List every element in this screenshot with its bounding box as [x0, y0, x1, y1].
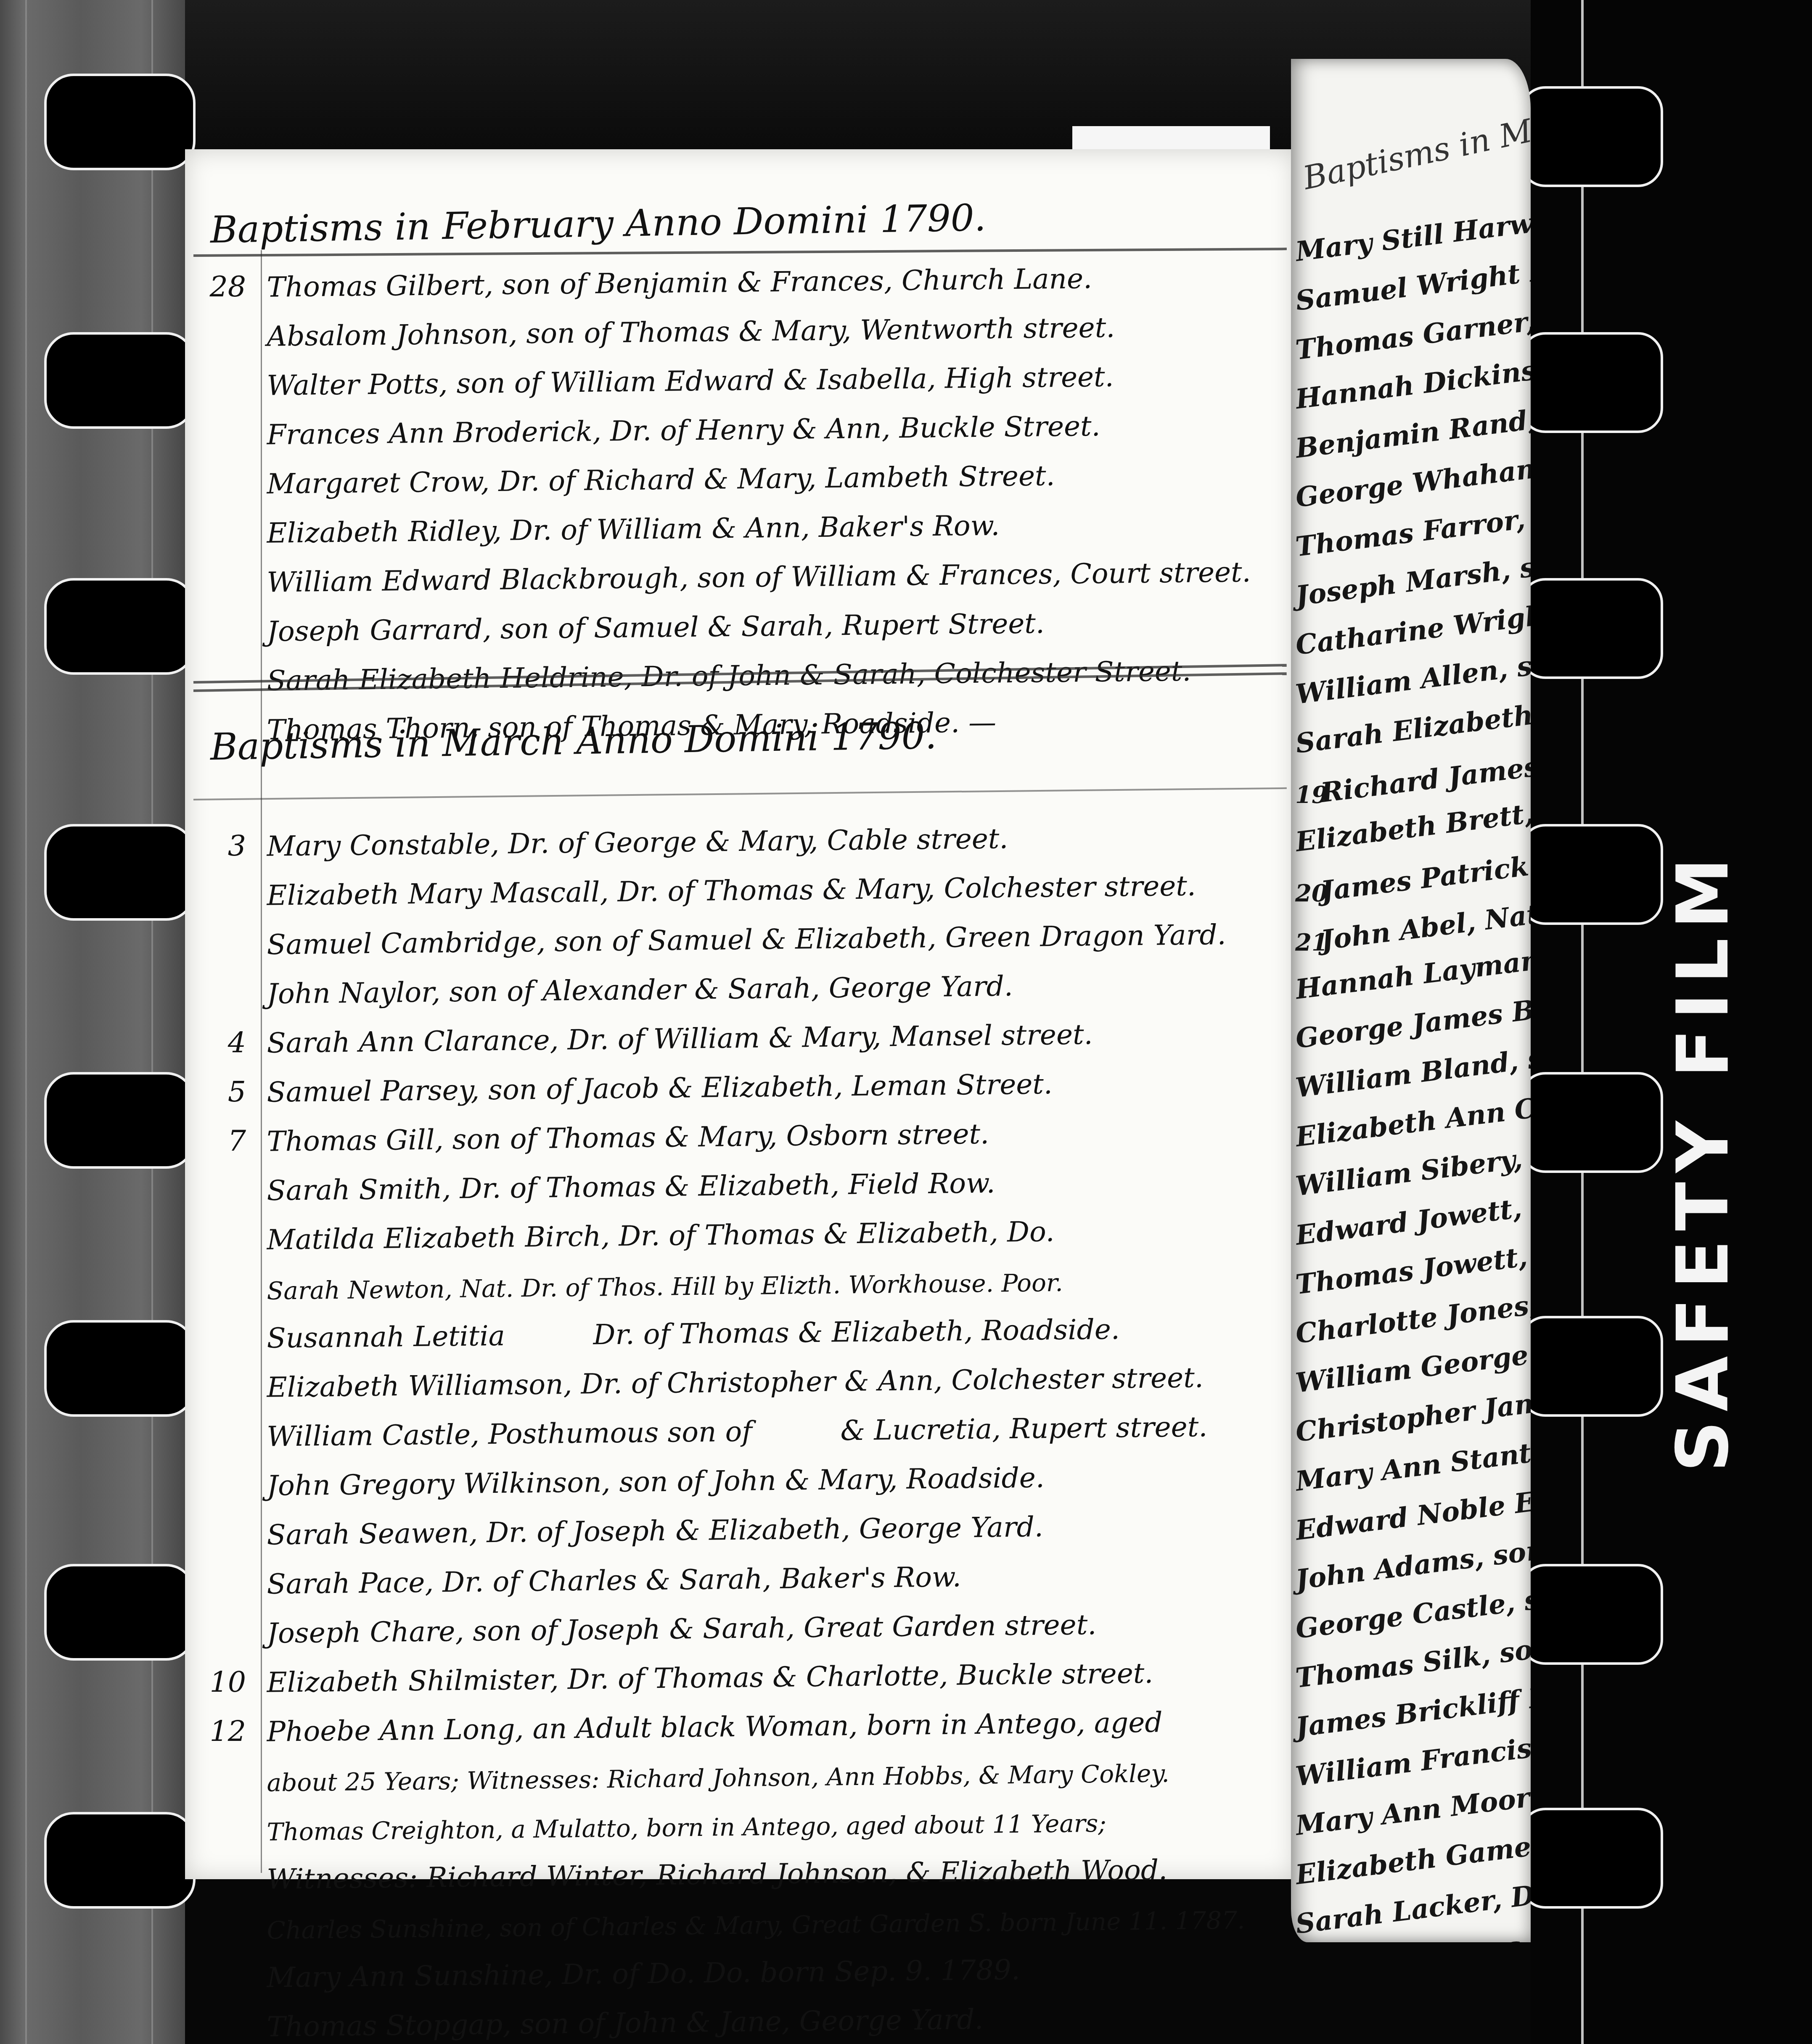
register-entry: William Allen, son of: [1295, 661, 1531, 710]
entry-day: 28: [185, 270, 254, 304]
register-entry: Benjamin Rand, son of: [1295, 415, 1531, 465]
register-entry: Edward Noble Ebling, son of: [1295, 1497, 1531, 1547]
register-entry: William Edward Blackbrough, son of Willi…: [185, 549, 1295, 599]
entry-text: Sarah Smith, Dr. of Thomas & Elizabeth, …: [254, 1167, 995, 1207]
film-strip-left: [0, 0, 202, 2044]
entry-text: Frances Ann Broderick, Dr. of Henry & An…: [254, 410, 1100, 451]
register-entry: Joseph Marsh, son of: [1295, 563, 1531, 612]
entry-text: Absalom Johnson, son of Thomas & Mary, W…: [254, 312, 1115, 353]
entry-text: Walter Potts, son of William Edward & Is…: [254, 361, 1114, 402]
entry-text: Thomas Gilbert, son of Benjamin & France…: [254, 262, 1092, 304]
register-entry: Elizabeth Williamson, Dr. of Christopher…: [185, 1355, 1295, 1404]
register-page-right: Baptisms in March Mary Still Harwood, Dr…: [1291, 59, 1531, 1942]
register-entry: Walter Potts, son of William Edward & Is…: [185, 353, 1295, 402]
entry-text: Samuel Parsey, son of Jacob & Elizabeth,…: [254, 1068, 1053, 1109]
film-rail: [25, 0, 27, 2044]
sprocket-hole: [44, 74, 196, 170]
register-entry: 7Thomas Gill, son of Thomas & Mary, Osbo…: [185, 1109, 1295, 1158]
register-entry: Witnesses: Richard Winter, Richard Johns…: [185, 1846, 1295, 1896]
register-entry: William Sibery, son of William: [1295, 1153, 1531, 1202]
entry-text: Matilda Elizabeth Birch, Dr. of Thomas &…: [254, 1215, 1055, 1256]
register-entry: William Jaques, son of: [1295, 1940, 1531, 1942]
entry-text: Charles Sunshine, son of Charles & Mary,…: [254, 1906, 1245, 1945]
right-page-entries: Mary Still Harwood, Dr. of Samuel Wright…: [1295, 219, 1531, 1942]
entry-text: Margaret Crow, Dr. of Richard & Mary, La…: [254, 460, 1055, 500]
film-edge-label: SAFETY FILM: [1665, 824, 1741, 1497]
sprocket-hole: [44, 1072, 196, 1169]
register-entry: George James Bengough, son: [1295, 1006, 1531, 1055]
entry-text: Susannah Letitia Dr. of Thomas & Elizabe…: [254, 1313, 1120, 1355]
page-tab-strip: [1072, 126, 1270, 151]
entry-text: Elizabeth Shilmister, Dr. of Thomas & Ch…: [254, 1657, 1153, 1699]
entry-day: 19: [1295, 781, 1323, 809]
sprocket-hole: [1520, 86, 1663, 187]
entry-text: Mary Constable, Dr. of George & Mary, Ca…: [254, 822, 1008, 863]
entry-day: 10: [185, 1666, 254, 1699]
entry-day: 12: [185, 1715, 254, 1748]
register-entry: Hannah Layman, Dr. of: [1295, 956, 1531, 1006]
register-entry: Thomas Silk, son of John: [1295, 1645, 1531, 1694]
entry-text: Joseph Chare, son of Joseph & Sarah, Gre…: [254, 1608, 1096, 1650]
sprocket-hole: [1520, 332, 1663, 433]
register-entry: Elizabeth Brett, Dr. of: [1295, 809, 1531, 858]
sprocket-hole: [1520, 1808, 1663, 1909]
entry-day: 21: [1295, 929, 1323, 956]
register-entry: 19Richard James, son of: [1295, 760, 1531, 809]
register-entry: Joseph Chare, son of Joseph & Sarah, Gre…: [185, 1600, 1295, 1650]
march-entries: 3Mary Constable, Dr. of George & Mary, C…: [185, 813, 1295, 2043]
entry-text: William Castle, Posthumous son of & Lucr…: [254, 1410, 1207, 1453]
register-entry: Sarah Elizabeth Spinner: [1295, 710, 1531, 760]
entry-text: about 25 Years; Witnesses: Richard Johns…: [254, 1759, 1169, 1797]
section-title-right: Baptisms in March: [1300, 97, 1531, 197]
register-entry: Frances Ann Broderick, Dr. of Henry & An…: [185, 402, 1295, 451]
register-entry: 3Mary Constable, Dr. of George & Mary, C…: [185, 813, 1295, 863]
register-entry: Elizabeth Mary Mascall, Dr. of Thomas & …: [185, 863, 1295, 912]
register-entry: Edward Jowett, son of Edward: [1295, 1202, 1531, 1252]
entry-text: Phoebe Ann Long, an Adult black Woman, b…: [254, 1706, 1163, 1748]
register-entry: Charlotte Jones, Dr. of Joseph: [1295, 1301, 1531, 1350]
register-entry: John Naylor, son of Alexander & Sarah, G…: [185, 961, 1295, 1010]
register-entry: about 25 Years; Witnesses: Richard Johns…: [185, 1748, 1295, 1797]
register-entry: Elizabeth Ridley, Dr. of William & Ann, …: [185, 500, 1295, 549]
register-entry: Sarah Newton, Nat. Dr. of Thos. Hill by …: [185, 1256, 1295, 1305]
register-entry: George Castle, son of: [1295, 1596, 1531, 1645]
sprocket-hole: [44, 1812, 196, 1909]
register-entry: 20James Patrick Woolfe, son: [1295, 858, 1531, 907]
register-entry: Mary Still Harwood, Dr. of: [1295, 219, 1531, 268]
entry-text: Thomas Creighton, a Mulatto, born in Ant…: [254, 1809, 1106, 1846]
sprocket-hole: [1520, 1564, 1663, 1665]
register-entry: Sarah Lacker, Dr. of William: [1295, 1891, 1531, 1940]
register-entry: Elizabeth Gameson, Dr. of: [1295, 1842, 1531, 1891]
register-entry: Catharine Wright, Dr. of: [1295, 612, 1531, 661]
entry-day: 20: [1295, 879, 1323, 907]
heading-rule: [193, 787, 1287, 800]
register-entry: William Francis Long, son: [1295, 1743, 1531, 1793]
entry-text: Mary Still Harwood, Dr. of: [1294, 188, 1531, 268]
register-entry: Elizabeth Ann Cook, Nat. Dr.: [1295, 1104, 1531, 1153]
register-page-left: Baptisms in February Anno Domini 1790. 2…: [185, 149, 1295, 1879]
entry-text: Samuel Cambridge, son of Samuel & Elizab…: [254, 919, 1226, 961]
entry-day: 5: [185, 1075, 254, 1109]
register-entry: Thomas Garner, son of: [1295, 317, 1531, 366]
register-entry: 5Samuel Parsey, son of Jacob & Elizabeth…: [185, 1059, 1295, 1109]
register-entry: Susannah Letitia Dr. of Thomas & Elizabe…: [185, 1305, 1295, 1355]
register-entry: Matilda Elizabeth Birch, Dr. of Thomas &…: [185, 1207, 1295, 1256]
register-entry: Thomas Farror, son of Thomas: [1295, 514, 1531, 563]
register-entry: John Gregory Wilkinson, son of John & Ma…: [185, 1453, 1295, 1502]
sprocket-hole: [1520, 824, 1663, 925]
film-rail: [151, 0, 153, 2044]
sprocket-hole: [44, 578, 196, 675]
register-entry: Thomas Stopgap, son of John & Jane, Geor…: [185, 1994, 1295, 2043]
register-entry: Thomas Creighton, a Mulatto, born in Ant…: [185, 1797, 1295, 1846]
sprocket-hole: [44, 824, 196, 921]
register-entry: William George Goode, son of: [1295, 1350, 1531, 1399]
sprocket-hole: [44, 1564, 196, 1661]
sprocket-hole: [44, 332, 196, 429]
sprocket-hole: [1520, 1072, 1663, 1173]
sprocket-hole: [1520, 1316, 1663, 1417]
register-entry: Margaret Crow, Dr. of Richard & Mary, La…: [185, 451, 1295, 500]
register-entry: George Whaham, water: [1295, 465, 1531, 514]
entry-text: Thomas Gill, son of Thomas & Mary, Osbor…: [254, 1118, 989, 1158]
sprocket-hole: [44, 1320, 196, 1417]
entry-text: Thomas Stopgap, son of John & Jane, Geor…: [254, 2003, 984, 2043]
register-entry: Joseph Garrard, son of Samuel & Sarah, R…: [185, 599, 1295, 648]
entry-text: Sarah Pace, Dr. of Charles & Sarah, Bake…: [254, 1561, 961, 1600]
register-entry: Absalom Johnson, son of Thomas & Mary, W…: [185, 304, 1295, 353]
register-entry: 10Elizabeth Shilmister, Dr. of Thomas & …: [185, 1650, 1295, 1699]
register-entry: Sarah Pace, Dr. of Charles & Sarah, Bake…: [185, 1551, 1295, 1600]
register-entry: Mary Ann Stanton, Dr. of: [1295, 1448, 1531, 1497]
register-entry: 12Phoebe Ann Long, an Adult black Woman,…: [185, 1699, 1295, 1748]
register-entry: Thomas Jowett, son of Do.: [1295, 1252, 1531, 1301]
entry-text: Sarah Newton, Nat. Dr. of Thos. Hill by …: [254, 1268, 1063, 1305]
register-entry: James Brickliff Redman: [1295, 1694, 1531, 1743]
register-entry: Samuel Wright Forwood, son: [1295, 268, 1531, 317]
entry-text: Elizabeth Ridley, Dr. of William & Ann, …: [254, 509, 1000, 549]
entry-day: 7: [185, 1125, 254, 1158]
register-entry: 21John Abel, Natural son: [1295, 907, 1531, 956]
register-entry: John Adams, son of Thomas: [1295, 1547, 1531, 1596]
section-title-february: Baptisms in February Anno Domini 1790.: [210, 196, 986, 251]
entry-text: Elizabeth Williamson, Dr. of Christopher…: [254, 1361, 1204, 1404]
register-entry: 4Sarah Ann Clarance, Dr. of William & Ma…: [185, 1010, 1295, 1059]
register-entry: Sarah Smith, Dr. of Thomas & Elizabeth, …: [185, 1158, 1295, 1207]
entry-text: Witnesses: Richard Winter, Richard Johns…: [254, 1854, 1167, 1896]
entry-text: John Naylor, son of Alexander & Sarah, G…: [254, 970, 1013, 1010]
sprocket-hole: [1520, 578, 1663, 679]
register-entry: 28Thomas Gilbert, son of Benjamin & Fran…: [185, 254, 1295, 304]
entry-text: Joseph Garrard, son of Samuel & Sarah, R…: [254, 607, 1045, 648]
register-entry: Christopher James Hunt, son of: [1295, 1399, 1531, 1448]
entry-text: Sarah Seawen, Dr. of Joseph & Elizabeth,…: [254, 1511, 1043, 1551]
film-rail: [1581, 0, 1584, 2044]
entry-text: Sarah Ann Clarance, Dr. of William & Mar…: [254, 1018, 1093, 1059]
entry-day: 3: [185, 829, 254, 863]
register-entry: Charles Sunshine, son of Charles & Mary,…: [185, 1896, 1295, 1945]
register-entry: Sarah Seawen, Dr. of Joseph & Elizabeth,…: [185, 1502, 1295, 1551]
safety-film-text: SAFETY FILM: [1661, 848, 1745, 1472]
entry-text: William Edward Blackbrough, son of Willi…: [254, 556, 1251, 599]
register-entry: William Castle, Posthumous son of & Lucr…: [185, 1404, 1295, 1453]
entry-text: Elizabeth Mary Mascall, Dr. of Thomas & …: [254, 870, 1196, 912]
register-entry: Hannah Dickins, Dr. of: [1295, 366, 1531, 415]
entry-text: John Gregory Wilkinson, son of John & Ma…: [254, 1461, 1045, 1502]
register-entry: Mary Ann Moore, Dr. of William: [1295, 1793, 1531, 1842]
register-entry: Mary Ann Sunshine, Dr. of Do. Do. born S…: [185, 1945, 1295, 1994]
entry-day: 4: [185, 1026, 254, 1059]
entry-text: Mary Ann Sunshine, Dr. of Do. Do. born S…: [254, 1954, 1020, 1994]
register-entry: Samuel Cambridge, son of Samuel & Elizab…: [185, 912, 1295, 961]
register-entry: William Bland, son of: [1295, 1055, 1531, 1104]
